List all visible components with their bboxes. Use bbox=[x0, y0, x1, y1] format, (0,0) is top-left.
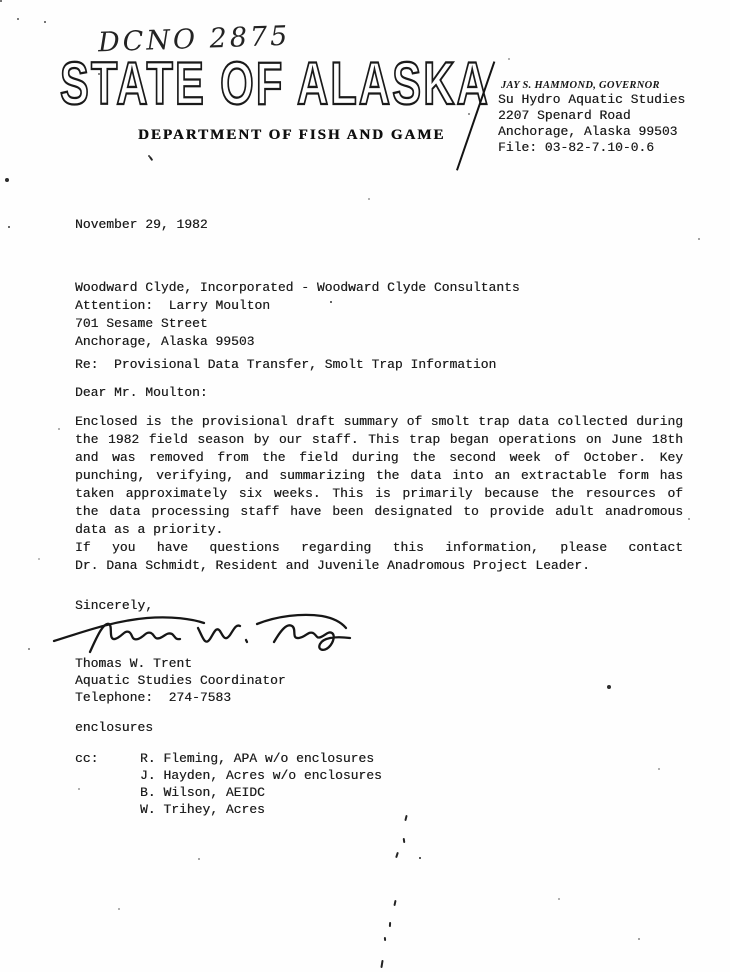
signer-block: Thomas W. Trent Aquatic Studies Coordina… bbox=[75, 655, 286, 706]
body-line: and was removed from the field during th… bbox=[75, 449, 683, 467]
body-line: taken approximately six weeks. This is p… bbox=[75, 485, 683, 503]
cc-entry: R. Fleming, APA w/o enclosures bbox=[140, 750, 382, 767]
body-line: data as a priority. bbox=[75, 521, 683, 539]
office-name: Su Hydro Aquatic Studies bbox=[498, 92, 685, 108]
recipient-attention: Attention: Larry Moulton bbox=[75, 297, 520, 315]
cc-entry: J. Hayden, Acres w/o enclosures bbox=[140, 767, 382, 784]
cc-entry: W. Trihey, Acres bbox=[140, 801, 382, 818]
recipient-address-block: Woodward Clyde, Incorporated - Woodward … bbox=[75, 279, 520, 351]
body-line: If you have questions regarding this inf… bbox=[75, 539, 683, 557]
cc-label: cc: bbox=[75, 750, 98, 768]
scanned-letter-page: DCNO 2875 STATE OF ALASKA DEPARTMENT OF … bbox=[0, 0, 730, 972]
body-paragraph-2: If you have questions regarding this inf… bbox=[75, 539, 683, 575]
cc-list: R. Fleming, APA w/o enclosures J. Hayden… bbox=[140, 750, 382, 818]
handwritten-signature bbox=[52, 606, 352, 658]
body-paragraph-1: Enclosed is the provisional draft summar… bbox=[75, 413, 683, 539]
signer-name: Thomas W. Trent bbox=[75, 655, 286, 672]
letterhead-agency-title: STATE OF ALASKA bbox=[60, 54, 490, 114]
body-line: punching, verifying, and summarizing the… bbox=[75, 467, 683, 485]
scan-noise-specks bbox=[0, 0, 2, 2]
body-line: Dr. Dana Schmidt, Resident and Juvenile … bbox=[75, 557, 683, 575]
signer-phone: Telephone: 274-7583 bbox=[75, 689, 286, 706]
letterhead-office-block: Su Hydro Aquatic Studies 2207 Spenard Ro… bbox=[498, 92, 685, 156]
recipient-street: 701 Sesame Street bbox=[75, 315, 520, 333]
enclosures-note: enclosures bbox=[75, 719, 153, 737]
file-number-line: File: 03-82-7.10-0.6 bbox=[498, 140, 685, 156]
office-street: 2207 Spenard Road bbox=[498, 108, 685, 124]
letter-date: November 29, 1982 bbox=[75, 216, 208, 234]
letterhead-department-title: DEPARTMENT OF FISH AND GAME bbox=[138, 127, 445, 144]
body-line: the data processing staff have been desi… bbox=[75, 503, 683, 521]
body-line: Enclosed is the provisional draft summar… bbox=[75, 413, 683, 431]
cc-entry: B. Wilson, AEIDC bbox=[140, 784, 382, 801]
subject-line: Re: Provisional Data Transfer, Smolt Tra… bbox=[75, 356, 496, 374]
body-line: the 1982 field season by our staff. This… bbox=[75, 431, 683, 449]
recipient-company: Woodward Clyde, Incorporated - Woodward … bbox=[75, 279, 520, 297]
office-city: Anchorage, Alaska 99503 bbox=[498, 124, 685, 140]
signer-title: Aquatic Studies Coordinator bbox=[75, 672, 286, 689]
recipient-city: Anchorage, Alaska 99503 bbox=[75, 333, 520, 351]
salutation: Dear Mr. Moulton: bbox=[75, 384, 208, 402]
governor-line: JAY S. HAMMOND, GOVERNOR bbox=[501, 80, 660, 91]
